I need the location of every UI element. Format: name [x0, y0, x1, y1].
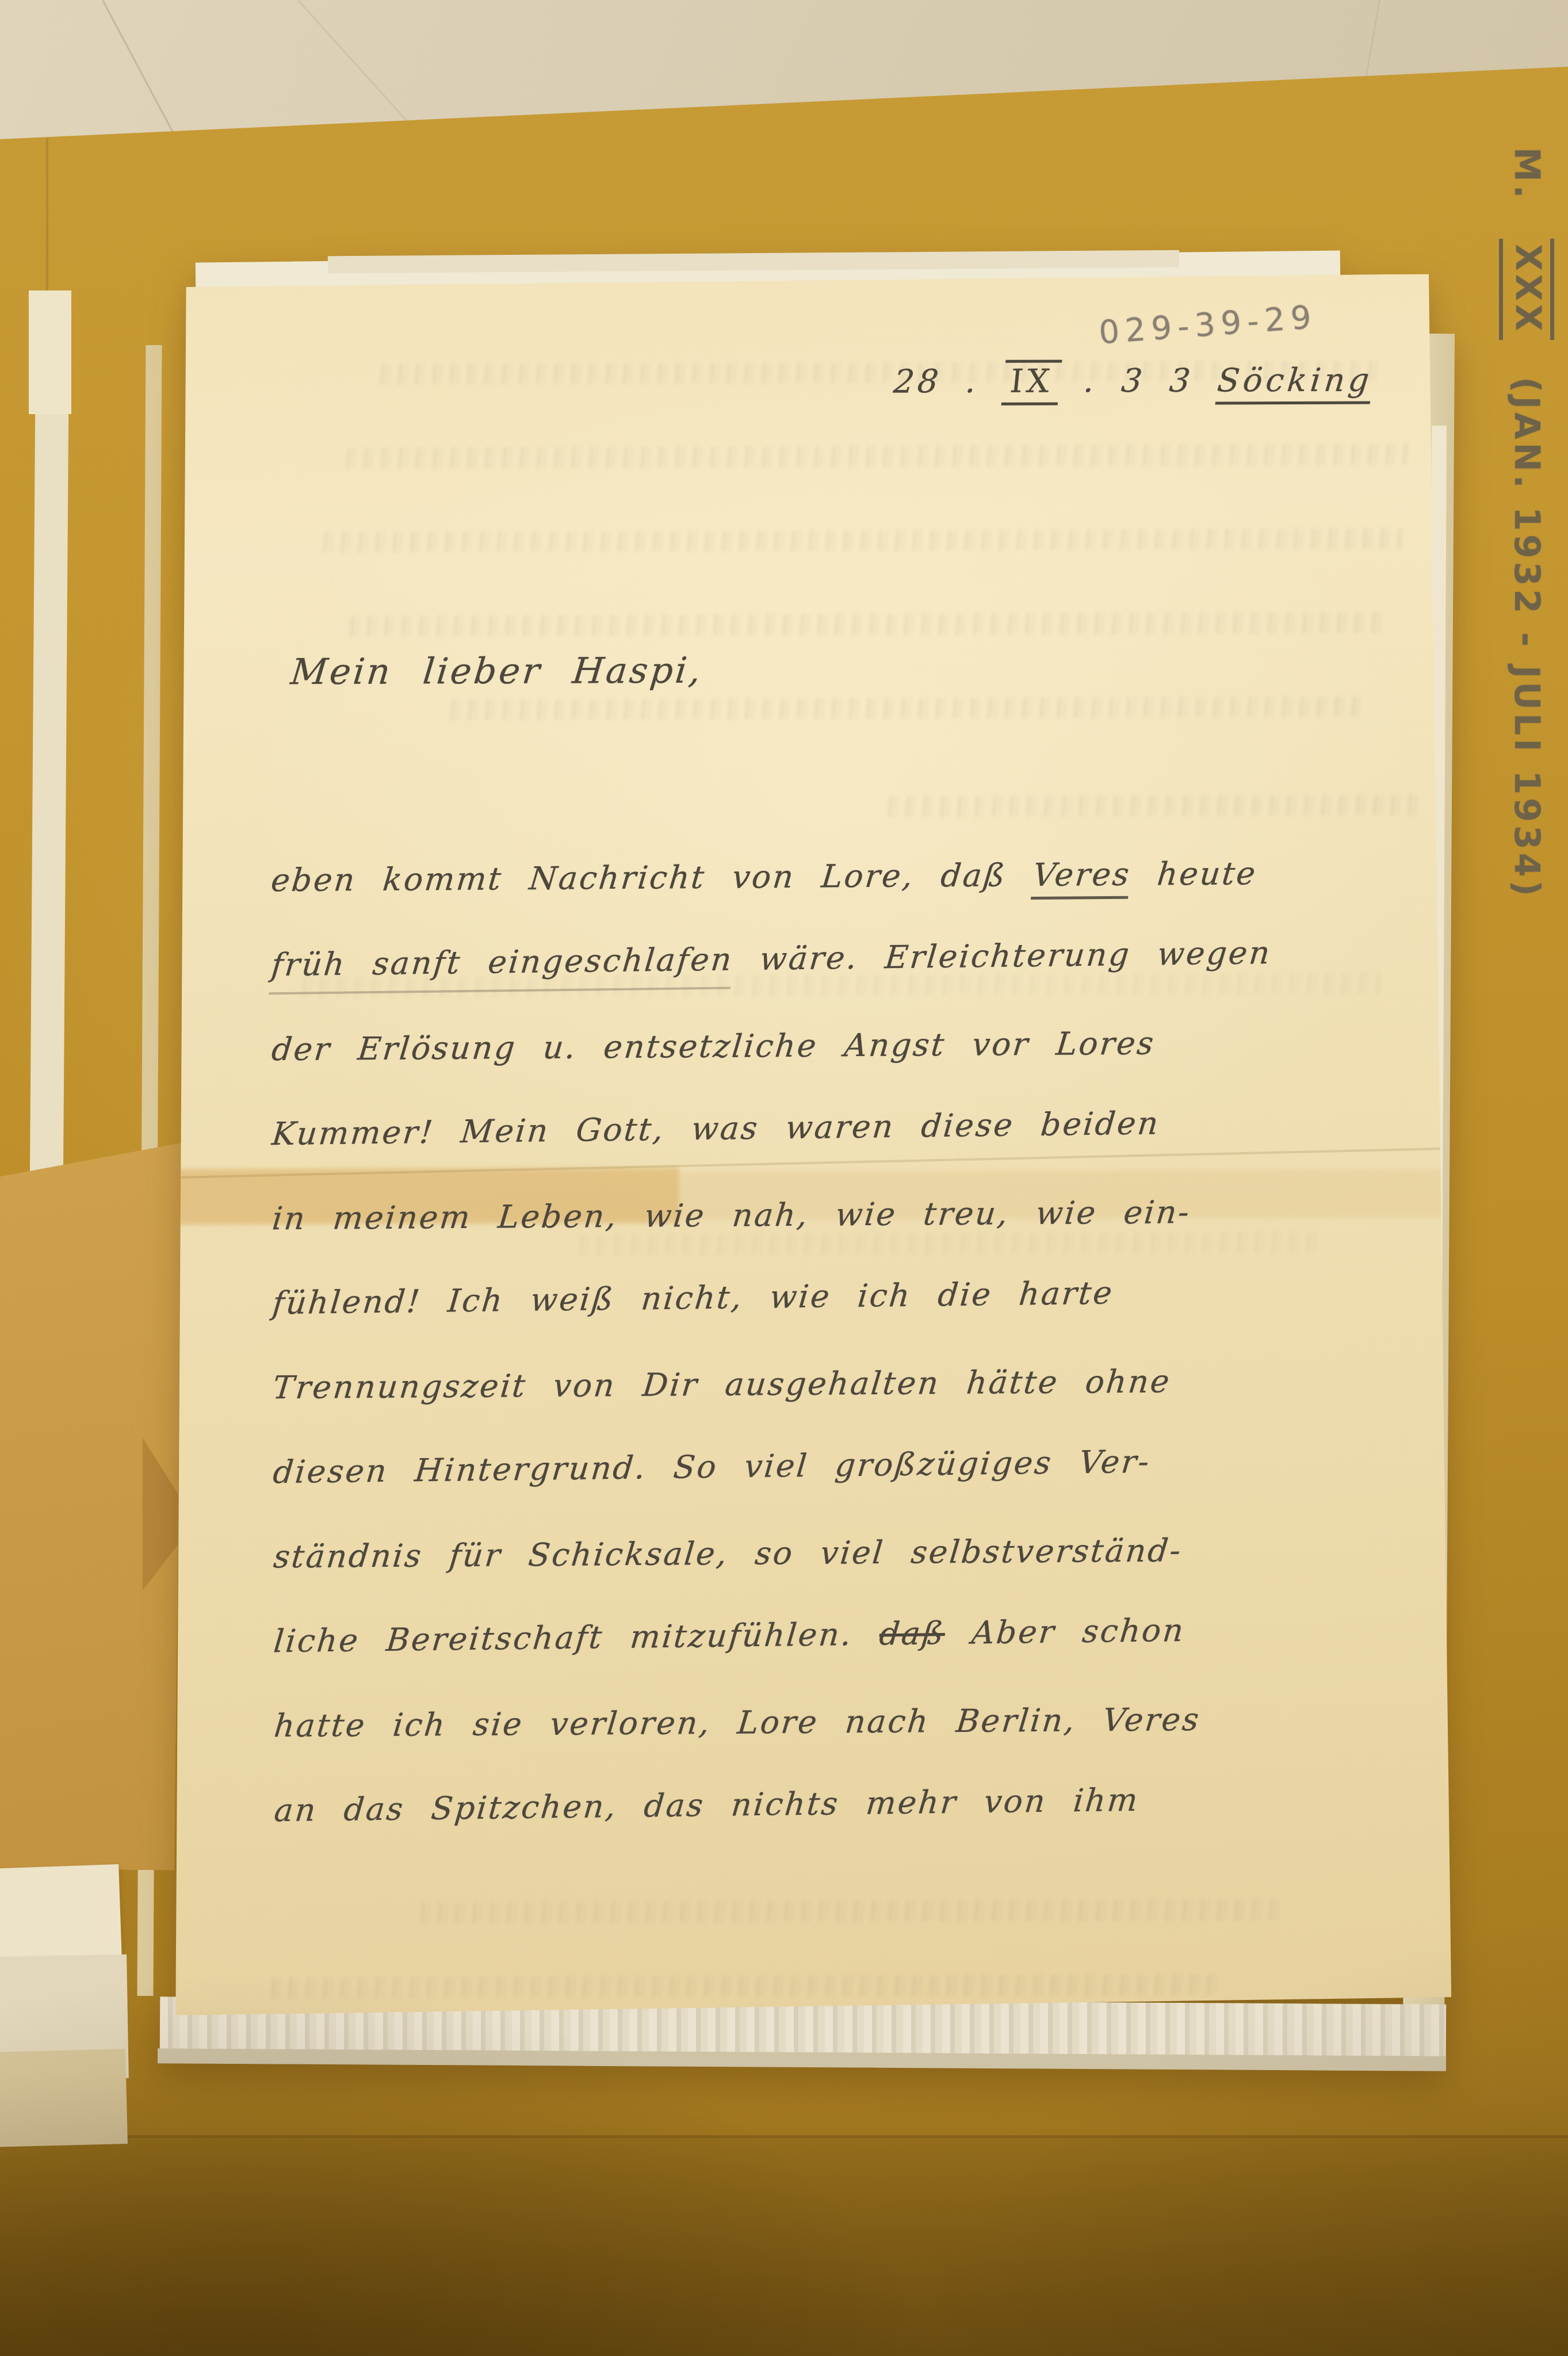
letter-text: wäre. Erleichterung wegen: [732, 934, 1273, 977]
letter-text: ständnis für Schicksale, so viel selbstv…: [272, 1532, 1184, 1575]
letter-line: eben kommt Nachricht von Lore, daß Veres…: [270, 855, 1259, 898]
margin-label-volume: XXX: [1499, 239, 1554, 341]
letter-text-marked: daß: [878, 1615, 947, 1652]
folder-bottom-shade: [0, 2137, 1568, 2356]
dateline-day: 28 .: [892, 363, 981, 401]
archive-number: 029-39-29: [1097, 299, 1318, 352]
letter-line: der Erlösung u. entsetzliche Angst vor L…: [270, 1025, 1157, 1068]
letter-text: fühlend! Ich weiß nicht, wie ich die har…: [271, 1274, 1115, 1321]
letter-line: Kummer! Mein Gott, was waren diese beide…: [270, 1104, 1161, 1152]
letter-text: Trennungszeit von Dir ausgehalten hätte …: [271, 1363, 1173, 1406]
letter-line: an das Spitzchen, das nichts mehr von ih…: [273, 1781, 1141, 1829]
letter-line: hatte ich sie verloren, Lore nach Berlin…: [273, 1701, 1202, 1744]
letter-line: in meinem Leben, wie nah, wie treu, wie …: [271, 1194, 1193, 1237]
letter-text: hatte ich sie verloren, Lore nach Berlin…: [273, 1701, 1202, 1744]
show-through-writing: [885, 794, 1420, 817]
letter-page: 029-39-29 28 . IX . 3 3 Söcking Mein lie…: [170, 274, 1452, 2015]
show-through-writing: [320, 528, 1401, 553]
letter-text: Aber schon: [943, 1612, 1187, 1651]
letter-text: diesen Hintergrund. So viel großzügiges …: [271, 1443, 1152, 1491]
letter-line: Trennungszeit von Dir ausgehalten hätte …: [271, 1363, 1173, 1406]
letter-text-marked: früh sanft eingeschlafen: [269, 940, 735, 995]
show-through-writing: [346, 613, 1382, 637]
letter-text: der Erlösung u. entsetzliche Angst vor L…: [270, 1025, 1157, 1068]
margin-label-prefix: M.: [1506, 147, 1547, 202]
dateline: 28 . IX . 3 3 Söcking: [892, 362, 1374, 401]
letter-line: ständnis für Schicksale, so viel selbstv…: [272, 1532, 1184, 1575]
dateline-place: Söcking: [1215, 362, 1375, 405]
paper-corner-top-left: [29, 290, 71, 414]
margin-label-range: (JAN. 1932 - JULI 1934): [1506, 377, 1547, 900]
show-through-writing: [417, 1899, 1280, 1923]
letter-line: liche Bereitschaft mitzufühlen. daß Aber…: [272, 1612, 1187, 1659]
letter-text: eben kommt Nachricht von Lore, daß: [270, 856, 1035, 898]
folder-margin-label: M. XXX (JAN. 1932 - JULI 1934): [1499, 147, 1554, 900]
show-through-writing: [576, 1232, 1324, 1256]
letter-text: an das Spitzchen, das nichts mehr von ih…: [273, 1781, 1141, 1829]
salutation: Mein lieber Haspi,: [289, 649, 705, 693]
tan-sheet-corner-bottom-left: [0, 2049, 128, 2147]
letter-stack: 029-39-29 28 . IX . 3 3 Söcking Mein lie…: [155, 253, 1464, 2099]
letter-text: heute: [1129, 855, 1259, 893]
letter-text: liche Bereitschaft mitzufühlen.: [272, 1615, 881, 1659]
show-through-writing: [267, 1975, 1217, 1999]
letter-line: diesen Hintergrund. So viel großzügiges …: [271, 1443, 1152, 1491]
letter-line: fühlend! Ich weiß nicht, wie ich die har…: [271, 1274, 1115, 1321]
letter-text: in meinem Leben, wie nah, wie treu, wie …: [271, 1194, 1193, 1237]
show-through-writing: [447, 697, 1367, 721]
dateline-month: IX: [1001, 359, 1062, 405]
show-through-writing: [343, 444, 1407, 468]
letter-text-marked: Veres: [1031, 856, 1133, 900]
dateline-year: . 3 3: [1082, 362, 1195, 400]
letter-text: Kummer! Mein Gott, was waren diese beide…: [270, 1104, 1161, 1152]
archive-photo: M. XXX (JAN. 1932 - JULI 1934): [0, 0, 1568, 2356]
